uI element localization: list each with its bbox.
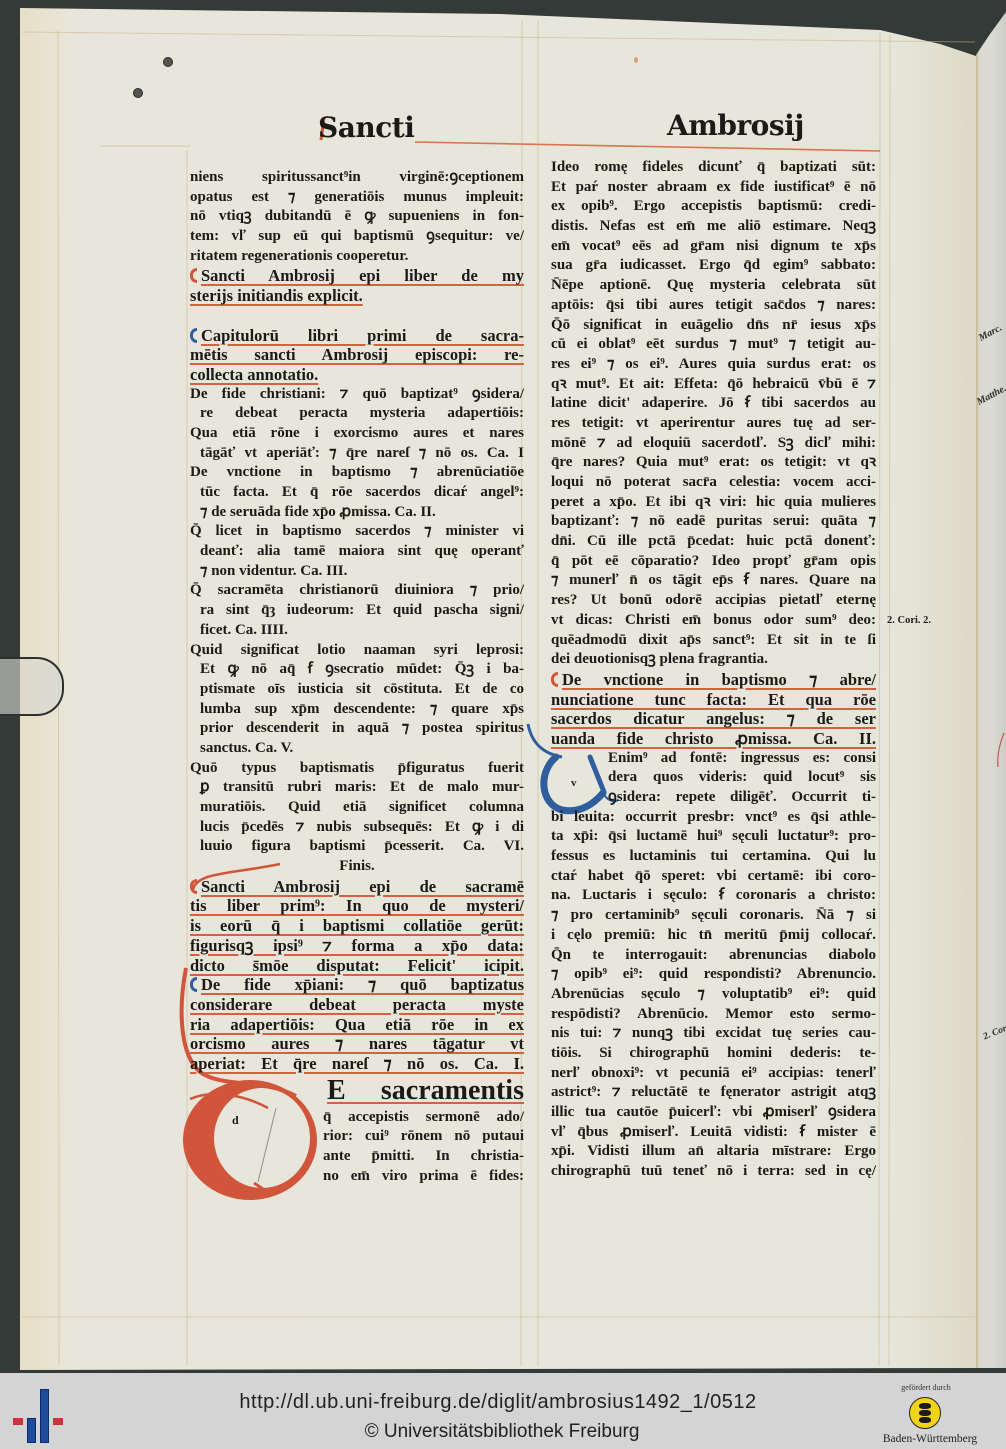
line-text: prior descenderit in aquā ⁊ postea spiri… <box>200 720 524 736</box>
line-text: ctaŕ habet q̄ō speret: vbi certamē: ibi … <box>551 868 876 884</box>
text-line: q̄ pōt eē cōparatio? Ideo propť gr̄am op… <box>551 552 876 572</box>
text-line: Sancti Ambrosij epi liber de my <box>190 266 524 286</box>
text-line: sterijs initiandis explicit. <box>190 286 524 306</box>
logo-tall-bar <box>40 1389 49 1443</box>
text-line: ritatem regenerationis cooperetur. <box>190 247 524 267</box>
text-line: vľ q̄bus ꝓmiserľ. Leuitā vidisti: ẜ mist… <box>551 1123 876 1143</box>
text-line: q̄re nares? Quia mut⁹ erat: os tetigit: … <box>551 453 876 473</box>
text-line: Q̄ō significat in euāgelio dn̄s nr̄ iesu… <box>551 316 876 336</box>
line-text: deanť: alia tamē maiora sint quę operanť <box>200 543 524 559</box>
line-text: Sancti Ambrosij epi liber de my <box>201 266 524 285</box>
line-text: ꝑ transitū rubri maris: Et de malo mur- <box>200 779 524 795</box>
text-line: fessus es luctaminis tui certamina. Qui … <box>551 847 876 867</box>
text-line: sua gr̄a iudicasset. Ergo q̄d egim⁹ sabb… <box>551 256 876 276</box>
text-line: mētis sancti Ambrosij episcopi: re- <box>190 345 524 365</box>
text-line: rior: cui⁹ rōnem nō putaui <box>190 1127 524 1147</box>
text-line: bi leuita: occurrit presbr: vnct⁹ es q̄s… <box>551 808 876 828</box>
line-text: De vnctione in baptismo ⁊ abrenūciatiōe <box>190 464 524 480</box>
text-line: ⁊ de seruāda fide xp̄o ꝓmissa. Ca. II. <box>190 503 524 523</box>
text-line: na. Luctaris i sęculo: ẜ coronaris a chr… <box>551 886 876 906</box>
text-line: lucis p̄cedēs ⁊ nubis subsequēs: Et ꝙ i … <box>190 818 524 838</box>
text-line: collecta annotatio. <box>190 365 524 385</box>
text-line: ptismate oīs iusticia sit cōstituta. Et … <box>190 680 524 700</box>
line-text: Q̄ licet in baptismo sacerdos ⁊ minister… <box>190 523 524 539</box>
line-text: vt dicas: Christi em̄ bonus odor sum⁹ de… <box>551 612 876 628</box>
line-text: na. Luctaris i sęculo: ẜ coronaris a chr… <box>551 887 876 903</box>
text-line: tis liber prim⁹: In quo de mysteri/ <box>190 896 524 916</box>
line-text: ⁊ non videntur. Ca. III. <box>200 563 347 579</box>
line-text: bi leuita: occurrit presbr: vnct⁹ es q̄s… <box>551 809 876 825</box>
page-gutter-curve <box>976 0 1006 1449</box>
text-line: Sancti Ambrosij epi de sacramē <box>190 877 524 897</box>
text-line: nō vtiqꝫ dubitandū ē ꝙ supueniens in fon… <box>190 207 524 227</box>
line-text: ritatem regenerationis cooperetur. <box>190 248 408 264</box>
text-line: ta xp̄i: q̄si luctamē hui⁹ sęculi luctat… <box>551 827 876 847</box>
line-text: De vnctione in baptismo ⁊ abre/ <box>562 670 876 689</box>
line-text: ficet. Ca. IIII. <box>200 622 288 638</box>
text-line: tem: vľ sup eū qui baptismū ꝯsequitur: v… <box>190 227 524 247</box>
line-text: loqui nō poterat sacr̄a celestia: vocem … <box>551 474 876 490</box>
line-text: mētis sancti Ambrosij episcopi: re- <box>190 345 524 364</box>
right-text-column: Ideo romę fideles dicunť q̄ baptizati sū… <box>551 158 876 1182</box>
text-line: peret a xp̄o. Et ibi qꝛ viri: hic quia m… <box>551 493 876 513</box>
text-line: em̄ vocat⁹ eēs ad gr̄am nisi dignum te x… <box>551 237 876 257</box>
line-text: q̄re nares? Quia mut⁹ erat: os tetigit: … <box>551 454 876 470</box>
line-text: ⁊ opib⁹ ei⁹: quid respondisti? Abrenunci… <box>551 966 876 982</box>
left-text-column: niens spiritussanct⁹in virginē:ꝯceptione… <box>190 168 524 1186</box>
text-line: Q̄n te interrogauit: abrenuncias diabolo <box>551 946 876 966</box>
line-text: sua gr̄a iudicasset. Ergo q̄d egim⁹ sabb… <box>551 257 876 273</box>
text-line: ex opib⁹. Ergo accepistis baptismū: cred… <box>551 197 876 217</box>
line-text: opatus est ⁊ generatiōis munus impleuit: <box>190 189 524 205</box>
line-text: distis. Nefas est em̄ me aliō estimare. … <box>551 218 876 234</box>
text-line: ria adapertiōis: Qua etiā rōe in ex <box>190 1015 524 1035</box>
text-line: ra sint q̄ȝ iudeorum: Et quid pascha sig… <box>190 601 524 621</box>
text-line: uanda fide christo ꝓmissa. Ca. II. <box>551 729 876 749</box>
text-line: ⁊ non videntur. Ca. III. <box>190 562 524 582</box>
text-line: dn̄i. Cū ille pctā p̄cedat: huic pctā do… <box>551 532 876 552</box>
text-line: De vnctione in baptismo ⁊ abre/ <box>551 670 876 690</box>
text-line: xp̄i. Vidisti illum an̄ altaria mīstrare… <box>551 1142 876 1162</box>
line-text: tiōis. Si chirographū homini dederis: te… <box>551 1045 876 1061</box>
text-line: illic tua cautōe p̄uicerľ: vbi ꝓmiserľ ꝯ… <box>551 1103 876 1123</box>
line-text: latine dicit' adaperire. Jō ẜ tibi sacer… <box>551 395 876 411</box>
line-text: quēadmodū dixit ap̄s sanct⁹: Et sit in t… <box>551 632 876 648</box>
line-text: Capitulorū libri primi de sacra- <box>201 326 524 345</box>
line-text: nunciatione tunc facta: Et qua rōe <box>551 690 876 709</box>
line-text: nerľ obnoxi⁹: vt pecuniā ei⁹ accipias: t… <box>551 1065 876 1081</box>
text-line: dera quos videris: quid locut⁹ sis <box>551 768 876 788</box>
text-line: re debeat peracta mysteria adapertiōis: <box>190 404 524 424</box>
line-text: ante p̄mitti. In christia- <box>323 1148 524 1164</box>
lion-icon <box>919 1403 931 1409</box>
line-text: tāgāť vt aperiāť: ⁊ q̄re nareſ ⁊ nō os. … <box>200 445 524 461</box>
text-line: Q̄ sacramēta christianorū diuiniora ⁊ pr… <box>190 581 524 601</box>
line-text: Sancti Ambrosij epi de sacramē <box>201 877 524 896</box>
logo-red-square <box>53 1418 63 1425</box>
line-text: Qua etiā rōne i exorcismo aures et nares <box>190 425 524 441</box>
line-text: q̄ pōt eē cōparatio? Ideo propť gr̄am op… <box>551 553 876 569</box>
funder-name: Baden-Württemberg <box>870 1433 990 1445</box>
funding-label: gefördert durch <box>880 1383 972 1392</box>
line-text: collecta annotatio. <box>190 365 318 384</box>
line-text: Q̄ō significat in euāgelio dn̄s nr̄ iesu… <box>551 317 876 333</box>
line-text: orcismo aures ⁊ nares tāgatur vt <box>190 1034 524 1053</box>
text-line: no em̄ viro prima ē fides: <box>190 1167 524 1187</box>
line-text: lumba sup xp̄m descendente: ⁊ quare xp̄s <box>200 701 524 717</box>
text-line: i cęlo premiū: hic tn̄ meritū p̄mij coll… <box>551 926 876 946</box>
line-text: illic tua cautōe p̄uicerľ: vbi ꝓmiserľ ꝯ… <box>551 1104 876 1120</box>
viewer-footer: http://dl.ub.uni-freiburg.de/diglit/ambr… <box>0 1373 1006 1449</box>
text-line: dicto s̄mōe disputat: Felicit' icipit. <box>190 956 524 976</box>
permalink-url[interactable]: http://dl.ub.uni-freiburg.de/diglit/ambr… <box>198 1391 798 1414</box>
line-text: fessus es luctaminis tui certamina. Qui … <box>551 848 876 864</box>
line-text: dei deuotionisqꝫ plena fragrantia. <box>551 651 768 667</box>
line-text: mōnē ⁊ ad eloquiū sacerdotľ. Sꝫ dicľ mih… <box>551 435 876 451</box>
text-line: luuio figura baptismi p̄cesserit. Ca. VI… <box>190 837 524 857</box>
line-text: sterijs initiandis explicit. <box>190 286 363 305</box>
line-text: vľ q̄bus ꝓmiserľ. Leuitā vidisti: ẜ mist… <box>551 1124 876 1140</box>
text-line: De vnctione in baptismo ⁊ abrenūciatiōe <box>190 463 524 483</box>
lion-icon <box>919 1417 931 1423</box>
line-text: nō vtiqꝫ dubitandū ē ꝙ supueniens in fon… <box>190 208 524 224</box>
line-text: peret a xp̄o. Et ibi qꝛ viri: hic quia m… <box>551 494 876 510</box>
text-line: Quid significat lotio naaman syri lepros… <box>190 641 524 661</box>
text-line: aperiat: Et q̄re nareſ ⁊ nō os. Ca. I. <box>190 1054 524 1074</box>
line-text: Et paŕ noster abraam ex fide iustificat⁹… <box>551 179 876 195</box>
line-text: cū ei oblat⁹ eēt surdus ⁊ mut⁹ ⁊ tetigit… <box>551 336 876 352</box>
lion-icon <box>919 1410 931 1416</box>
line-text: Et ꝙ nō aq̄ ẜ ꝯsecratio mūdet: Q̄ꝫ i ba- <box>200 661 524 677</box>
text-line: loqui nō poterat sacr̄a celestia: vocem … <box>551 473 876 493</box>
text-line: vt dicas: Christi em̄ bonus odor sum⁹ de… <box>551 611 876 631</box>
line-text: re debeat peracta mysteria adapertiōis: <box>200 405 524 421</box>
text-line: respōdisti? Abrenūcio. Memor esto sermo- <box>551 1005 876 1025</box>
text-line: prior descenderit in aquā ⁊ postea spiri… <box>190 719 524 739</box>
paragraph-mark-icon <box>190 328 197 343</box>
line-text: nis tui: ⁊ nunqꝫ tibi excidat tuę series… <box>551 1025 876 1041</box>
line-text: aptōis: q̄si tibi aures tetigit sac̄dos … <box>551 297 876 313</box>
line-text: qꝛ mut⁹. Et ait: Effeta: q̄ō hebraicū v̄… <box>551 376 876 392</box>
line-text: dn̄i. Cū ille pctā p̄cedat: huic pctā do… <box>551 533 876 549</box>
text-line: ante p̄mitti. In christia- <box>190 1147 524 1167</box>
paragraph-mark-icon <box>190 879 197 894</box>
paragraph-mark-icon <box>190 977 197 992</box>
coat-of-arms-icon <box>909 1397 941 1429</box>
text-line: ꝑ transitū rubri maris: Et de malo mur- <box>190 778 524 798</box>
line-text: i cęlo premiū: hic tn̄ meritū p̄mij coll… <box>551 927 876 943</box>
text-line: Q̄ licet in baptismo sacerdos ⁊ minister… <box>190 522 524 542</box>
text-line: sanctus. Ca. V. <box>190 739 524 759</box>
text-line <box>190 306 524 326</box>
line-text: ra sint q̄ȝ iudeorum: Et quid pascha sig… <box>200 602 524 618</box>
text-line: quēadmodū dixit ap̄s sanct⁹: Et sit in t… <box>551 631 876 651</box>
text-line: ctaŕ habet q̄ō speret: vbi certamē: ibi … <box>551 867 876 887</box>
text-line: deanť: alia tamē maiora sint quę operanť <box>190 542 524 562</box>
text-line: nerľ obnoxi⁹: vt pecuniā ei⁹ accipias: t… <box>551 1064 876 1084</box>
line-text: res tetigit: vt aperirentur aures tuę ad… <box>551 415 876 431</box>
line-text: muratiōis. Quid etiā significet columna <box>200 799 524 815</box>
text-line: res tetigit: vt aperirentur aures tuę ad… <box>551 414 876 434</box>
text-line: orcismo aures ⁊ nares tāgatur vt <box>190 1034 524 1054</box>
text-line: E sacramentis <box>190 1074 524 1108</box>
paragraph-mark-icon <box>551 672 558 687</box>
line-text: q̄ accepistis sermonē ado/ <box>323 1109 524 1125</box>
text-line: figurisqꝫ ipsi⁹ ⁊ forma a xp̄o data: <box>190 936 524 956</box>
text-line: cū ei oblat⁹ eēt surdus ⁊ mut⁹ ⁊ tetigit… <box>551 335 876 355</box>
text-line: Et ꝙ nō aq̄ ẜ ꝯsecratio mūdet: Q̄ꝫ i ba- <box>190 660 524 680</box>
line-text: N̄ēpe aptionē. Quę mysteria celebrata sū… <box>551 277 876 293</box>
text-line: Ideo romę fideles dicunť q̄ baptizati sū… <box>551 158 876 178</box>
line-text: lucis p̄cedēs ⁊ nubis subsequēs: Et ꝙ i … <box>200 819 524 835</box>
line-text: res ei⁹ ⁊ os ei⁹. Aures quia surdus erat… <box>551 356 876 372</box>
copyright-text: © Universitätsbibliothek Freiburg <box>202 1421 802 1443</box>
line-text: De fide christiani: ⁊ quō baptizat⁹ ꝯsid… <box>190 386 524 402</box>
line-text: Quō typus baptismatis p̄figuratus fuerit <box>190 760 524 776</box>
line-text: Abrenūcias sęculo ⁊ voluptatib⁹ ei⁹: qui… <box>551 986 876 1002</box>
line-text: Q̄ sacramēta christianorū diuiniora ⁊ pr… <box>190 582 524 598</box>
text-line: ficet. Ca. IIII. <box>190 621 524 641</box>
text-line: chirographū tuū teneť nō i terra: sed in… <box>551 1162 876 1182</box>
line-text: is eorū q̄ i baptismi collatiōe gerūt: <box>190 916 524 935</box>
text-line: tūc facta. Et q̄ rōe sacerdos dicaŕ ange… <box>190 483 524 503</box>
text-line: latine dicit' adaperire. Jō ẜ tibi sacer… <box>551 394 876 414</box>
text-line: nis tui: ⁊ nunqꝫ tibi excidat tuę series… <box>551 1024 876 1044</box>
text-line: Qua etiā rōne i exorcismo aures et nares <box>190 424 524 444</box>
line-text: Finis. <box>339 858 374 874</box>
text-line: ⁊ pro certaminib⁹ sęculi coronaris. N̄ā … <box>551 906 876 926</box>
running-head-right: Ambrosij <box>667 108 804 144</box>
line-text: uanda fide christo ꝓmissa. Ca. II. <box>551 729 876 748</box>
line-text: tūc facta. Et q̄ rōe sacerdos dicaŕ ange… <box>200 484 524 500</box>
text-line: astrict⁹: ⁊ reluctātē te fęnerator astri… <box>551 1083 876 1103</box>
line-text: respōdisti? Abrenūcio. Memor esto sermo- <box>551 1006 876 1022</box>
line-text: dera quos videris: quid locut⁹ sis <box>608 769 876 785</box>
line-text: dicto s̄mōe disputat: Felicit' icipit. <box>190 956 524 975</box>
text-line: Abrenūcias sęculo ⁊ voluptatib⁹ ei⁹: qui… <box>551 985 876 1005</box>
line-text: ta xp̄i: q̄si luctamē hui⁹ sęculi luctat… <box>551 828 876 844</box>
text-line: Capitulorū libri primi de sacra- <box>190 326 524 346</box>
line-text: Enim⁹ ad fontē: ingressus es: consi <box>608 750 876 766</box>
text-line: niens spiritussanct⁹in virginē:ꝯceptione… <box>190 168 524 188</box>
text-line: dei deuotionisqꝫ plena fragrantia. <box>551 650 876 670</box>
line-text: E sacramentis <box>327 1075 524 1106</box>
line-text: ptismate oīs iusticia sit cōstituta. Et … <box>200 681 524 697</box>
text-line: mōnē ⁊ ad eloquiū sacerdotľ. Sꝫ dicľ mih… <box>551 434 876 454</box>
line-text: tem: vľ sup eū qui baptismū ꝯsequitur: v… <box>190 228 524 244</box>
line-text: astrict⁹: ⁊ reluctātē te fęnerator astri… <box>551 1084 876 1100</box>
line-text: res? Ut bonū odorē accipias pietatľ eter… <box>551 592 876 608</box>
text-line: ⁊ opib⁹ ei⁹: quid respondisti? Abrenunci… <box>551 965 876 985</box>
line-text: chirographū tuū teneť nō i terra: sed in… <box>551 1163 876 1179</box>
line-text: ⁊ pro certaminib⁹ sęculi coronaris. N̄ā … <box>551 907 876 923</box>
text-line: res? Ut bonū odorē accipias pietatľ eter… <box>551 591 876 611</box>
line-text: Ideo romę fideles dicunť q̄ baptizati sū… <box>551 159 876 175</box>
line-text: tis liber prim⁹: In quo de mysteri/ <box>190 896 524 915</box>
line-text: ria adapertiōis: Qua etiā rōe in ex <box>190 1015 524 1034</box>
text-line: sacerdos dicatur angelus: ⁊ de ser <box>551 709 876 729</box>
line-text: em̄ vocat⁹ eēs ad gr̄am nisi dignum te x… <box>551 238 876 254</box>
line-text: luuio figura baptismi p̄cesserit. Ca. VI… <box>200 838 524 854</box>
line-text: sanctus. Ca. V. <box>200 740 293 756</box>
page-holder-clip <box>0 657 64 716</box>
text-line: res ei⁹ ⁊ os ei⁹. Aures quia surdus erat… <box>551 355 876 375</box>
line-text: xp̄i. Vidisti illum an̄ altaria mīstrare… <box>551 1143 876 1159</box>
text-line: is eorū q̄ i baptismi collatiōe gerūt: <box>190 916 524 936</box>
line-text: ⁊ de seruāda fide xp̄o ꝓmissa. Ca. II. <box>200 504 436 520</box>
line-text: ꝯsidera: repete diligēť. Occurrit ti- <box>608 789 876 805</box>
line-text: no em̄ viro prima ē fides: <box>323 1168 524 1184</box>
text-line: Finis. <box>190 857 524 877</box>
text-line: Quō typus baptismatis p̄figuratus fuerit <box>190 759 524 779</box>
text-line: nunciatione tunc facta: Et qua rōe <box>551 690 876 710</box>
paragraph-mark-icon <box>190 268 197 283</box>
line-text: baptizanť: ⁊ nō eadē puritas serui: quāt… <box>551 513 876 529</box>
text-line: qꝛ mut⁹. Et ait: Effeta: q̄ō hebraicū v̄… <box>551 375 876 395</box>
text-line: opatus est ⁊ generatiōis munus impleuit: <box>190 188 524 208</box>
text-line: Et paŕ noster abraam ex fide iustificat⁹… <box>551 178 876 198</box>
text-line: aptōis: q̄si tibi aures tetigit sac̄dos … <box>551 296 876 316</box>
text-line: baptizanť: ⁊ nō eadē puritas serui: quāt… <box>551 512 876 532</box>
text-line: De fide xp̄iani: ⁊ quō baptizatus <box>190 975 524 995</box>
logo-short-bar <box>27 1418 36 1443</box>
line-text: considerare debeat peracta myste <box>190 995 524 1014</box>
text-line: tiōis. Si chirographū homini dederis: te… <box>551 1044 876 1064</box>
text-line: ꝯsidera: repete diligēť. Occurrit ti- <box>551 788 876 808</box>
text-line: distis. Nefas est em̄ me aliō estimare. … <box>551 217 876 237</box>
line-text: Quid significat lotio naaman syri lepros… <box>190 642 524 658</box>
text-line: lumba sup xp̄m descendente: ⁊ quare xp̄s <box>190 700 524 720</box>
margin-note-corinthians: 2. Cori. 2. <box>887 615 931 626</box>
line-text: ⁊ munerľ n̄ os tāgit ep̄s ẜ nares. Quare… <box>551 572 876 588</box>
line-text: Q̄n te interrogauit: abrenuncias diabolo <box>551 947 876 963</box>
line-text: aperiat: Et q̄re nareſ ⁊ nō os. Ca. I. <box>190 1054 524 1073</box>
line-text: niens spiritussanct⁹in virginē:ꝯceptione… <box>190 169 524 185</box>
line-text: figurisqꝫ ipsi⁹ ⁊ forma a xp̄o data: <box>190 936 524 955</box>
line-text: sacerdos dicatur angelus: ⁊ de ser <box>551 709 876 728</box>
line-text: De fide xp̄iani: ⁊ quō baptizatus <box>201 975 524 994</box>
text-line: N̄ēpe aptionē. Quę mysteria celebrata sū… <box>551 276 876 296</box>
text-line: Enim⁹ ad fontē: ingressus es: consi <box>551 749 876 769</box>
line-text: rior: cui⁹ rōnem nō putaui <box>323 1128 524 1144</box>
logo-red-square <box>13 1418 23 1425</box>
line-text: ex opib⁹. Ergo accepistis baptismū: cred… <box>551 198 876 214</box>
running-head-left: Sancti <box>318 110 414 146</box>
text-line: ⁊ munerľ n̄ os tāgit ep̄s ẜ nares. Quare… <box>551 571 876 591</box>
text-line: q̄ accepistis sermonē ado/ <box>190 1108 524 1128</box>
text-line: tāgāť vt aperiāť: ⁊ q̄re nareſ ⁊ nō os. … <box>190 444 524 464</box>
text-line: muratiōis. Quid etiā significet columna <box>190 798 524 818</box>
text-line: considerare debeat peracta myste <box>190 995 524 1015</box>
text-line: De fide christiani: ⁊ quō baptizat⁹ ꝯsid… <box>190 385 524 405</box>
